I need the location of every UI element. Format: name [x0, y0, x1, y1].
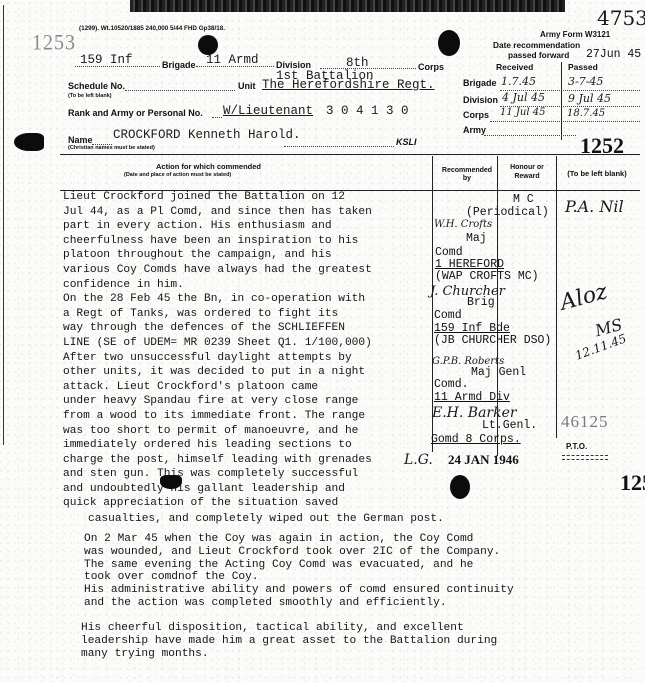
- recommender-3-unit: 11 Armd Div: [434, 391, 510, 404]
- col-action-title: Action for which commended: [156, 162, 261, 171]
- recommender-2-role: Comd: [434, 309, 462, 322]
- print-code: (1299). Wt.10520/1885 240,000 5/44 FHD G…: [79, 25, 225, 32]
- scan-dark-band: [130, 0, 565, 12]
- recommender-4-rank: Lt.Genl.: [482, 419, 537, 432]
- name-note: (Christian names must be stated): [68, 145, 155, 151]
- date-rec-value: 27Jun 45: [586, 48, 641, 61]
- col-divider-3: [556, 156, 557, 438]
- recommender-2-rank: Brig: [467, 296, 495, 309]
- recommender-3-role: Comd.: [434, 378, 469, 391]
- rank-value: W/Lieutenant: [223, 104, 313, 118]
- note-pa-nil: P.A. Nil: [565, 197, 624, 216]
- schedule-label: Schedule No.: [68, 81, 125, 91]
- pto-label: P.T.O.: [566, 442, 587, 451]
- page-edge: [3, 5, 4, 445]
- gazette-initials: L.G.: [404, 452, 433, 468]
- name-label: Name: [68, 135, 93, 145]
- corps-label: Corps: [418, 62, 444, 72]
- schedule-note: (To be left blank): [68, 93, 112, 99]
- citation-page2-para2: On 2 Mar 45 when the Coy was again in ac…: [84, 533, 514, 610]
- col-action-note: (Date and place of action must be stated…: [124, 172, 231, 178]
- brigade-label: Brigade: [162, 60, 196, 70]
- signature-1: W.H. Crofts: [434, 219, 492, 230]
- routing-division-passed: 9 Jul 45: [568, 92, 611, 105]
- col-honour: Honour or Reward: [500, 163, 554, 181]
- name-value: CROCKFORD Kenneth Harold.: [113, 128, 301, 142]
- recommender-1-rank: Maj: [466, 232, 487, 245]
- document-number: 1252: [580, 133, 624, 159]
- recommender-2-name: (JB CHURCHER DSO): [434, 334, 551, 347]
- date-rec-label-2: passed forward: [508, 50, 569, 60]
- routing-division-received: 4 Jul 45: [502, 91, 545, 104]
- header-rule: [60, 154, 640, 155]
- document-page: (1299). Wt.10520/1885 240,000 5/44 FHD G…: [0, 0, 645, 683]
- routing-army-label: Army: [463, 125, 486, 135]
- recommender-3-rank: Maj Genl: [471, 366, 526, 379]
- punch-hole: [450, 475, 470, 499]
- routing-division-label: Division: [463, 95, 498, 105]
- date-rec-label: Date recommendation: [493, 40, 580, 50]
- col-blank: (To be left blank): [566, 170, 628, 178]
- personal-number: 3 0 4 1 3 0: [326, 104, 409, 118]
- routing-brigade-received: 1.7.45: [501, 75, 536, 88]
- recommender-1-name: (WAP CROFTS MC): [435, 270, 539, 283]
- passed-label: Passed: [568, 62, 598, 72]
- routing-corps-passed: 18.7.45: [567, 108, 605, 119]
- pto-underline: [562, 455, 608, 460]
- col-recommended: Recommended by: [437, 167, 497, 183]
- citation-page2-para3: His cheerful disposition, tactical abili…: [81, 622, 497, 660]
- rank-label: Rank and Army or Personal No.: [68, 108, 203, 118]
- punch-hole: [438, 30, 460, 56]
- routing-corps-label: Corps: [463, 110, 489, 120]
- citation-page1: Lieut Crockford joined the Battalion on …: [63, 190, 372, 511]
- unit-label: Unit: [238, 81, 256, 91]
- brigade-value: 159 Inf: [80, 53, 133, 67]
- routing-brigade-label: Brigade: [463, 78, 497, 88]
- routing-brigade-passed: 3-7-45: [568, 75, 603, 88]
- recommender-4-role: Gomd 8 Corps.: [431, 433, 521, 446]
- signature-initials: Aloz: [558, 279, 611, 316]
- army-form-label: Army Form W3121: [540, 30, 610, 39]
- punch-hole: [14, 133, 44, 151]
- punch-hole: [198, 35, 218, 55]
- division-value: 11 Armd: [206, 53, 259, 67]
- routing-corps-received: 11 Jul 45: [500, 107, 545, 118]
- stamp-number: 46125: [561, 412, 609, 432]
- honour-award: M C: [513, 193, 534, 206]
- regiment-stamp: KSLI: [396, 137, 417, 147]
- stamp-number-left: 1253: [32, 31, 76, 56]
- honour-type: (Periodical): [466, 206, 549, 219]
- unit-value-2: The Herefordshire Regt.: [262, 78, 435, 92]
- citation-page2-para1: casualties, and completely wiped out the…: [88, 513, 444, 526]
- handwritten-ref: 4753: [597, 6, 645, 30]
- gazette-date: 24 JAN 1946: [448, 452, 519, 468]
- punch-hole: [160, 475, 182, 489]
- routing-divider: [561, 62, 562, 140]
- received-label: Received: [496, 62, 533, 72]
- page2-number: 1253: [620, 470, 645, 496]
